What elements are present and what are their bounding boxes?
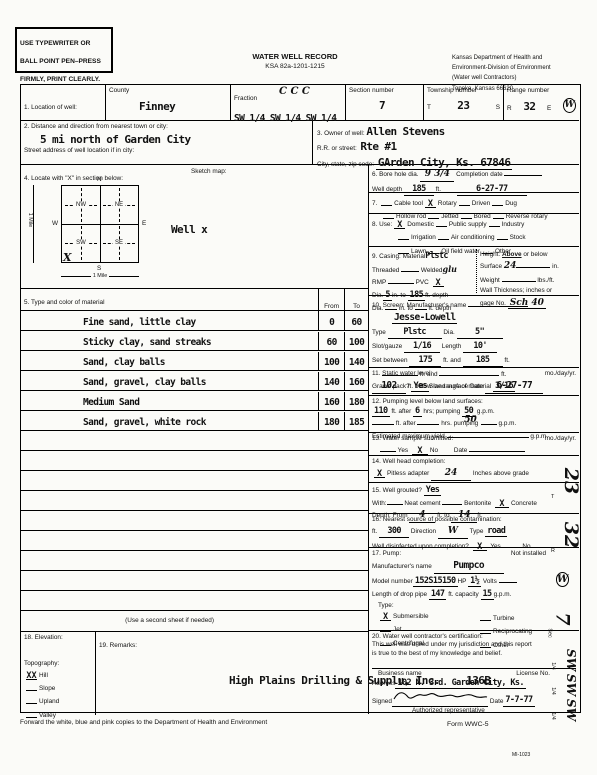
material-row-empty <box>21 491 368 511</box>
static-mdy-label: mo./day/yr. <box>545 370 576 378</box>
distance-label: 2. Distance and direction from nearest t… <box>24 123 309 131</box>
screen-dia: 5" <box>475 327 484 337</box>
margin-sw3: SW <box>564 699 578 721</box>
section-number-cell: Section number 7 <box>346 85 424 121</box>
distance-value: 5 mi north of Garden City <box>40 133 309 146</box>
section-11-static-level: 11. Static water level:mo./day/yr. 102 f… <box>369 368 579 396</box>
material-row-empty <box>21 551 368 571</box>
agency-line: (Water well Contractors) <box>452 73 592 83</box>
location-row: 1. Location of well: County Finney Fract… <box>21 85 579 121</box>
range-e: E <box>547 105 551 113</box>
material-row-empty <box>21 531 368 551</box>
opt-cable-tool: Cable tool <box>394 200 423 207</box>
ft-label2: ft. <box>504 357 509 364</box>
form-title-block: WATER WELL RECORD KSA 82a-1201-1215 <box>215 52 375 70</box>
opt-turbine: Turbine <box>493 615 514 622</box>
static-date-label: Date <box>470 383 484 390</box>
topo-upland: Upland <box>39 698 59 705</box>
material-row: Sand, gravel, clay balls 140 160 <box>21 371 368 391</box>
section-10-screen: 10. Screen: Manufacturer's name Jesse-Lo… <box>369 296 579 368</box>
certification-text-2: is true to the best of my knowledge and … <box>372 650 576 658</box>
contamination-label: 16. Nearest source of possible contamina… <box>372 516 502 523</box>
form-statute: KSA 82a-1201-1215 <box>215 63 375 70</box>
screen-mfg: Jesse-Lowell <box>392 312 457 324</box>
agency-line: Environment-Division of Environment <box>452 63 592 73</box>
second-sheet-note: (Use a second sheet if needed) <box>125 617 214 624</box>
checkbox-driven <box>459 197 470 206</box>
section-14-well-head: 14. Well head completion: XPitless adapt… <box>369 456 579 483</box>
county-cell: County Finney <box>106 85 231 121</box>
direction-value: W <box>448 526 458 536</box>
margin-q3-label: 1/4 <box>550 712 556 720</box>
license-value: 136B <box>466 674 490 687</box>
opt-industry: Industry <box>502 221 525 228</box>
signed-label: Signed <box>372 698 392 706</box>
form-body: 1. Location of well: County Finney Fract… <box>20 84 581 713</box>
sketch-map-label: Sketch map: <box>191 168 227 176</box>
section-12-pumping-level: 12. Pumping level below land surfaces: 1… <box>369 396 579 433</box>
margin-sw1: SW <box>564 649 578 671</box>
materials-footer-row: (Use a second sheet if needed) <box>21 611 368 631</box>
material-from: 140 <box>324 377 339 388</box>
bore-hole-dia: 9 3/4 <box>425 169 450 179</box>
section-8-use: 8. Use:XDomesticPublic supplyIndustry Ir… <box>369 214 579 247</box>
material-to: 160 <box>349 377 364 388</box>
screen-type: Plstc <box>403 327 426 337</box>
margin-sec-label: Sec <box>547 628 553 637</box>
checkbox-upland <box>26 695 37 704</box>
not-installed-label: Not installed <box>511 550 546 558</box>
checkbox-slope <box>26 682 37 691</box>
pvc-label: PVC <box>416 279 429 286</box>
concrete-label: Concrete <box>511 500 537 507</box>
instruction-text: USE TYPEWRITER OR BALL POINT PEN–PRESS F… <box>20 40 101 83</box>
casing-left: 9. Casing: MaterialPlstc Threaded Welded… <box>372 249 476 293</box>
section-7-drill-method: 7. Cable toolXRotaryDrivenDug Hollow rod… <box>369 193 579 214</box>
material-name: Medium Sand <box>83 397 139 408</box>
inches-above-grade-label: Inches above grade <box>473 470 529 477</box>
township-label: Township number <box>427 87 500 95</box>
margin-q1-label: 1/4 <box>550 662 556 670</box>
screen-dia-label: Dia. <box>443 329 454 336</box>
topo-hill: Hill <box>39 672 48 679</box>
threaded-label: Threaded <box>372 267 399 274</box>
forward-copies-note: Forward the white, blue and pink copies … <box>20 719 267 727</box>
pitless-label: Pitless adapter <box>387 470 429 477</box>
checkbox-irrigation <box>398 231 409 240</box>
checkbox-public-supply <box>436 218 447 227</box>
township-s: S <box>496 104 500 112</box>
section-5-materials: 5. Type and color of material From To Fi… <box>21 289 368 631</box>
material-row-empty <box>21 571 368 591</box>
mile-scale-horizontal: 1 Mile <box>61 273 139 279</box>
margin-section: 7 <box>552 612 574 625</box>
county-label: County <box>109 87 227 95</box>
contamination-type: road <box>485 526 507 537</box>
fraction-label: Fraction <box>234 95 257 102</box>
concrete-mark: X <box>495 499 509 508</box>
fraction-cell: Fraction C C C SW 1/4 SW 1/4 SW 1/4 <box>231 85 346 121</box>
slot-value: 1/16 <box>413 341 431 351</box>
range-value: 32 <box>523 100 535 113</box>
location-label-cell: 1. Location of well: <box>21 85 106 121</box>
opt-driven: Driven <box>472 200 490 207</box>
section-9-casing: 9. Casing: MaterialPlstc Threaded Welded… <box>369 247 579 296</box>
certification-text-1: This well was drilled under my jurisdict… <box>372 641 576 649</box>
hp-label: HP <box>458 578 467 585</box>
use-label: 8. Use: <box>372 221 392 228</box>
material-from: 0 <box>329 317 334 328</box>
below-surface-label: ft. below land surface <box>408 383 468 390</box>
material-to: 180 <box>349 397 364 408</box>
set2-value: 185 <box>476 355 490 365</box>
height-label: Height: <box>480 251 500 258</box>
owner-value: Allen Stevens <box>366 125 444 138</box>
material-to: 100 <box>349 337 364 348</box>
quadrant-sw-label: SW <box>74 240 88 246</box>
hp-value: 1½ <box>468 576 481 587</box>
left-column: 4. Locate with "X" in section below: Ske… <box>21 165 369 714</box>
opt-irrigation: Irrigation <box>411 234 436 241</box>
length-label: Length <box>442 343 462 350</box>
sample-yes-label: Yes <box>398 447 408 454</box>
slot-label: Slot/gauze <box>372 343 402 350</box>
neat-cement-label: Neat cement <box>404 500 440 507</box>
quadrant-se: SE <box>100 224 138 262</box>
set-between-label: Set between <box>372 357 408 364</box>
material-row-empty <box>21 591 368 611</box>
wall-thickness-label: Wall Thickness; inches or <box>480 287 552 294</box>
surface-label: Surface <box>480 263 502 270</box>
business-name-typed-line: High Plains Drilling & Supplu, Inc. 136B <box>229 671 490 689</box>
form-title: WATER WELL RECORD <box>215 52 375 61</box>
section-diagram: NW NE SW SE X <box>61 185 139 263</box>
capacity-value: 15 <box>481 589 494 600</box>
screen-type-label: Type <box>372 329 386 336</box>
material-name: Sand, gravel, clay balls <box>83 377 206 388</box>
static-level-label: 11. Static water level: <box>372 370 432 378</box>
surface-value: 24 <box>504 261 517 271</box>
distance-cell: 2. Distance and direction from nearest t… <box>21 121 313 165</box>
welded-value: glu <box>442 264 456 274</box>
material-from: 60 <box>327 337 337 348</box>
contamination-type-label: Type <box>470 528 484 535</box>
below-choice: or below <box>523 251 547 258</box>
pump-gpm-label: g.p.m. <box>494 591 512 598</box>
opt-submersible: Submersible <box>393 613 429 620</box>
material-row: Fine sand, little clay 0 60 <box>21 311 368 331</box>
compass-e: E <box>142 220 146 228</box>
range-label: Range number <box>507 87 576 95</box>
fraction-handwritten: C C C <box>279 86 310 97</box>
ft-label: ft. <box>436 186 441 193</box>
submersible-mark: X <box>380 612 391 621</box>
in-label: in. <box>552 263 559 270</box>
material-row: Sticky clay, sand streaks 60 100 <box>21 331 368 351</box>
margin-range: 32 <box>560 522 582 548</box>
pitless-value: 24 <box>445 468 458 478</box>
material-row-empty <box>21 431 368 451</box>
township-t: T <box>427 104 431 112</box>
distance-owner-row: 2. Distance and direction from nearest t… <box>21 121 579 165</box>
section-15-grouted: 15. Well grouted? Yes With: Neat cement … <box>369 483 579 514</box>
range-r: R <box>507 105 512 113</box>
material-name: Fine sand, little clay <box>83 317 196 328</box>
water-sample-label: 13. Water sample submitted: <box>372 435 453 443</box>
business-name-value: High Plains Drilling & Supplu, Inc. <box>229 674 440 687</box>
ft-and-label: ft. and <box>443 357 461 364</box>
from-header: From <box>324 303 339 310</box>
materials-label: 5. Type and color of material <box>24 299 105 306</box>
checkbox-air-conditioning <box>438 231 449 240</box>
material-row-empty <box>21 471 368 491</box>
quadrant-ne-label: NE <box>113 202 125 208</box>
pvc-mark: X <box>433 278 444 287</box>
set1-value: 175 <box>419 355 433 365</box>
signature <box>392 689 488 706</box>
checkbox-dug <box>492 197 503 206</box>
section-4-locate: 4. Locate with "X" in section below: Ske… <box>21 165 368 289</box>
weight-label: Weight <box>480 277 500 284</box>
section-number-label: Section number <box>349 87 420 95</box>
mile-horizontal-label: 1 Mile <box>91 273 109 279</box>
pumping-v1: 110 <box>372 406 390 417</box>
checkbox-hill: XX <box>26 671 37 680</box>
static-level-value: 102 <box>381 380 396 391</box>
pump-type-label: Type: <box>378 602 394 609</box>
gpm2-label: g.p.m. <box>499 420 517 427</box>
turbine-mark <box>480 612 491 621</box>
material-label: Material <box>403 253 426 260</box>
section-17-pump: 17. Pump:Not installed Manufacturer's na… <box>369 548 579 631</box>
well-x-mark: X <box>63 251 72 264</box>
owner-cell: 3. Owner of well: Allen Stevens R.R. or … <box>313 121 579 165</box>
casing-right: Height: Above or below Surface 24 in. We… <box>476 249 576 293</box>
static-date-value: 6-27-77 <box>496 380 532 391</box>
checkbox-valley <box>26 709 37 718</box>
sample-date-label: Date <box>454 447 468 454</box>
contamination-ft-label: ft. <box>372 528 377 535</box>
checkbox-cable-tool <box>381 197 392 206</box>
welded-label: Welded <box>421 267 443 274</box>
rr-value: Rte #1 <box>360 140 396 153</box>
certification-label: 20. Water well contractor's certificatio… <box>372 633 483 640</box>
screen-mfg-label: Manufacturer's name <box>406 302 466 309</box>
pump-mfg: Pumpco <box>453 560 484 571</box>
section-13-water-sample: 13. Water sample submitted:mo./day/yr. Y… <box>369 433 579 456</box>
margin-sw2: SW <box>564 674 578 696</box>
section-6-bore-hole: 6. Bore hole dia. 9 3/4 Completion date … <box>369 165 579 193</box>
cert-date-value: 7-7-77 <box>503 695 534 707</box>
location-label: 1. Location of well: <box>24 104 77 111</box>
after2-label: ft. after <box>396 420 416 427</box>
material-row-empty <box>21 511 368 531</box>
margin-township: 23 <box>560 468 582 494</box>
material-name: Sand, clay balls <box>83 357 165 368</box>
pumping-v2: 6 <box>413 406 422 417</box>
compass-w: W <box>52 220 58 228</box>
above-choice: Above <box>502 251 522 258</box>
range-cell: Range number R 32 E W <box>504 85 579 121</box>
section-18-elevation: 18. Elevation: Topography: XXHill Slope … <box>21 632 96 715</box>
margin-r-label: R <box>551 548 555 554</box>
with-label: With: <box>372 500 387 507</box>
material-row-empty <box>21 451 368 471</box>
quadrant-se-label: SE <box>113 240 125 246</box>
margin-w-circled: W <box>556 572 569 587</box>
margin-t-label: T <box>551 494 554 500</box>
length-value: 10' <box>473 341 487 351</box>
cert-date-label: Date <box>490 698 504 706</box>
pump-mfg-label: Manufacturer's name <box>372 563 432 570</box>
county-value: Finney <box>139 100 227 113</box>
pump-label: 17. Pump: <box>372 550 401 558</box>
well-head-label: 14. Well head completion: <box>372 458 445 465</box>
capacity-label: ft. capacity <box>448 591 479 598</box>
township-cell: Township number T 23 S <box>424 85 504 121</box>
compass-n: N <box>97 176 102 184</box>
material-from: 100 <box>324 357 339 368</box>
direction-label: Direction <box>411 528 436 535</box>
opt-dug: Dug <box>505 200 517 207</box>
material-to: 60 <box>351 317 361 328</box>
materials-header-row: 5. Type and color of material From To <box>21 289 368 311</box>
grouted-label: 15. Well grouted? <box>372 487 422 494</box>
material-row: Sand, clay balls 100 140 <box>21 351 368 371</box>
material-from: 180 <box>324 417 339 428</box>
bentonite-label: Bentonite <box>464 500 491 507</box>
s7-num: 7. <box>372 200 377 207</box>
completion-date-label: Completion date <box>456 171 503 178</box>
section-4-label: 4. Locate with "X" in section below: <box>24 175 123 182</box>
drop-pipe-label: Length of drop pipe <box>372 591 427 598</box>
checkbox-industry <box>489 218 500 227</box>
estimated-yield-handwritten: 50 <box>464 415 477 425</box>
bore-hole-label: 6. Bore hole dia. <box>372 171 419 178</box>
sketch-well-text: Well x <box>171 223 207 236</box>
section-16-contamination: 16. Nearest source of possible contamina… <box>369 514 579 548</box>
opt-stock: Stock <box>510 234 526 241</box>
casing-label: 9. Casing: <box>372 253 401 260</box>
checkbox-domestic: X <box>394 220 405 229</box>
margin-q2-label: 1/4 <box>550 687 556 695</box>
drop-pipe-value: 147 <box>429 589 447 600</box>
model-label: Model number <box>372 578 413 585</box>
opt-domestic: Domestic <box>407 221 434 228</box>
contamination-dist: 300 <box>387 526 401 536</box>
well-depth-label: Well depth <box>372 186 402 193</box>
rmp-label: RMP <box>372 279 386 286</box>
grouted-value: Yes <box>424 485 442 496</box>
pitless-mark: X <box>374 469 385 478</box>
model-value: 152S15150 <box>413 576 458 587</box>
sample-no-label: No <box>430 447 438 454</box>
topo-valley: Valley <box>39 712 56 719</box>
topography-label: Topography: <box>24 660 92 668</box>
casing-material: Plstc <box>425 251 448 261</box>
volts-label: Volts <box>483 578 497 585</box>
agency-line: Kansas Department of Health and <box>452 53 592 63</box>
opt-public-supply: Public supply <box>449 221 487 228</box>
material-row: Medium Sand 160 180 <box>21 391 368 411</box>
print-code: MI-1023 <box>512 752 530 758</box>
opt-rotary: Rotary <box>438 200 457 207</box>
screen-label: 10. Screen: <box>372 302 405 309</box>
lbs-label: lbs./ft. <box>537 277 554 284</box>
material-row: Sand, gravel, white rock 180 185 <box>21 411 368 431</box>
owner-label: 3. Owner of well: <box>317 130 365 137</box>
rr-label: R.R. or street: <box>317 145 357 152</box>
instruction-box: USE TYPEWRITER OR BALL POINT PEN–PRESS F… <box>15 27 113 73</box>
topo-slope: Slope <box>39 685 55 692</box>
hrs-label: hrs; pumping <box>423 408 460 415</box>
section-number-value: 7 <box>379 99 420 112</box>
material-from: 160 <box>324 397 339 408</box>
after-label: ft. after <box>391 408 411 415</box>
quadrant-ne: NE <box>100 186 138 224</box>
quadrant-nw-label: NW <box>74 202 88 208</box>
material-name: Sand, gravel, white rock <box>83 417 206 428</box>
water-well-record-form: USE TYPEWRITER OR BALL POINT PEN–PRESS F… <box>0 0 597 775</box>
street-address-label: Street address of well location if in ci… <box>24 147 309 155</box>
remarks-label: 19. Remarks: <box>99 642 137 649</box>
gpm-label: g.p.m. <box>477 408 495 415</box>
material-to: 185 <box>349 417 364 428</box>
to-header: To <box>353 303 360 310</box>
mile-vertical-label: 1 Mile <box>27 213 33 227</box>
checkbox-rotary: X <box>425 199 436 208</box>
material-to: 140 <box>349 357 364 368</box>
form-number: Form WWC-5 <box>447 721 489 730</box>
pumping-level-label: 12. Pumping level below land surfaces: <box>372 398 483 405</box>
quadrant-nw: NW <box>62 186 100 224</box>
range-w-circled: W <box>563 98 576 113</box>
sample-mdy-label: mo./day/yr. <box>545 435 576 443</box>
material-name: Sticky clay, sand streaks <box>83 337 211 348</box>
elevation-label: 18. Elevation: <box>24 634 92 642</box>
township-value: 23 <box>457 99 469 112</box>
sample-no-mark: X <box>412 446 428 455</box>
checkbox-stock <box>497 231 508 240</box>
opt-air-conditioning: Air conditioning <box>451 234 495 241</box>
